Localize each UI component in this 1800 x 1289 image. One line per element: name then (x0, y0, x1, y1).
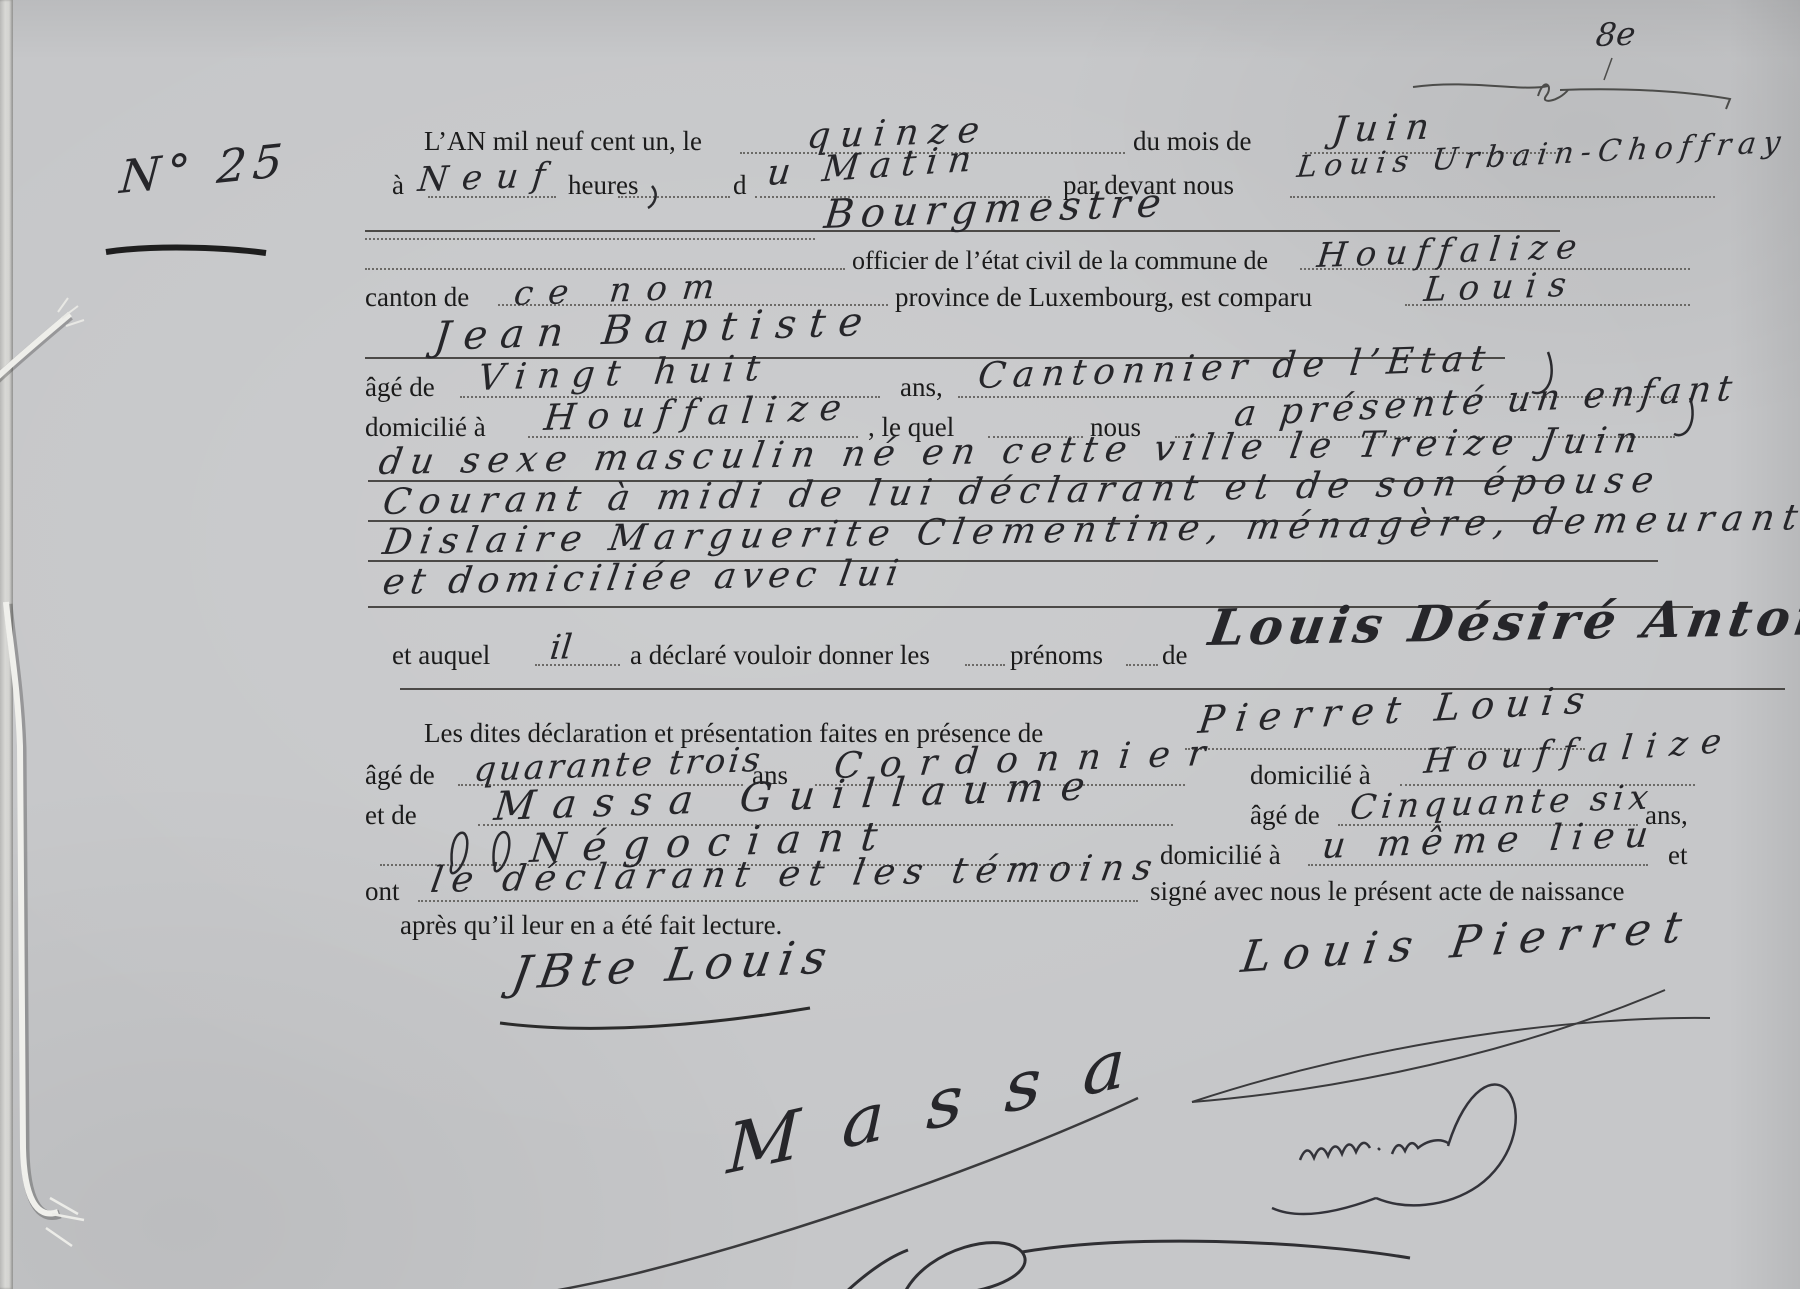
label-domiciled-w1: domicilié à (1250, 760, 1371, 791)
label-signed-act: signé avec nous le présent acte de naiss… (1150, 876, 1625, 907)
label-civil-officer: officier de l’état civil de la commune d… (852, 246, 1268, 276)
label-hours: heures (568, 170, 638, 201)
label-at: à (392, 170, 404, 201)
label-have: ont (365, 876, 400, 907)
label-domiciled-w2: domicilié à (1160, 840, 1281, 871)
entry-declarant-firstname: Louis (1422, 265, 1580, 310)
label-given-names: prénoms (1010, 640, 1103, 671)
pencil-stroke (1413, 58, 1730, 109)
label-month: du mois de (1133, 126, 1252, 157)
label-d: d (733, 170, 747, 201)
page-marker: 8e (1594, 15, 1637, 54)
label-aged-w1: âgé de (365, 760, 435, 791)
label-declared-give: a déclaré vouloir donner les (630, 640, 930, 671)
label-and-end: et (1668, 840, 1688, 871)
label-domiciled: domicilié à (365, 412, 486, 443)
label-aged-w2: âgé de (1250, 800, 1320, 831)
partial-signature-flourish (846, 1241, 1410, 1289)
label-aged: âgé de (365, 372, 435, 403)
binding-thread (0, 298, 84, 1246)
scanned-birth-certificate: N° 25 8e L’AN mil neuf cent un, le quinz… (0, 0, 1800, 1289)
act-number-underline (106, 248, 266, 253)
entry-child-given-names: Louis Désiré Antoine (1205, 586, 1800, 657)
label-province-appeared: province de Luxembourg, est comparu (895, 282, 1312, 313)
label-of: de (1162, 640, 1187, 671)
label-years: ans, (900, 372, 943, 403)
label-year-opening: L’AN mil neuf cent un, le (424, 126, 702, 157)
signature-underline-jbte (500, 1008, 810, 1028)
label-canton: canton de (365, 282, 469, 313)
label-and-to-whom: et auquel (392, 640, 490, 671)
signature-flourish-pierret (1192, 990, 1710, 1102)
officer-signature-scrawl (1272, 1085, 1516, 1214)
entry-hour: Neuf (416, 155, 561, 200)
label-and-of: et de (365, 800, 417, 831)
entry-he: il (548, 627, 574, 668)
